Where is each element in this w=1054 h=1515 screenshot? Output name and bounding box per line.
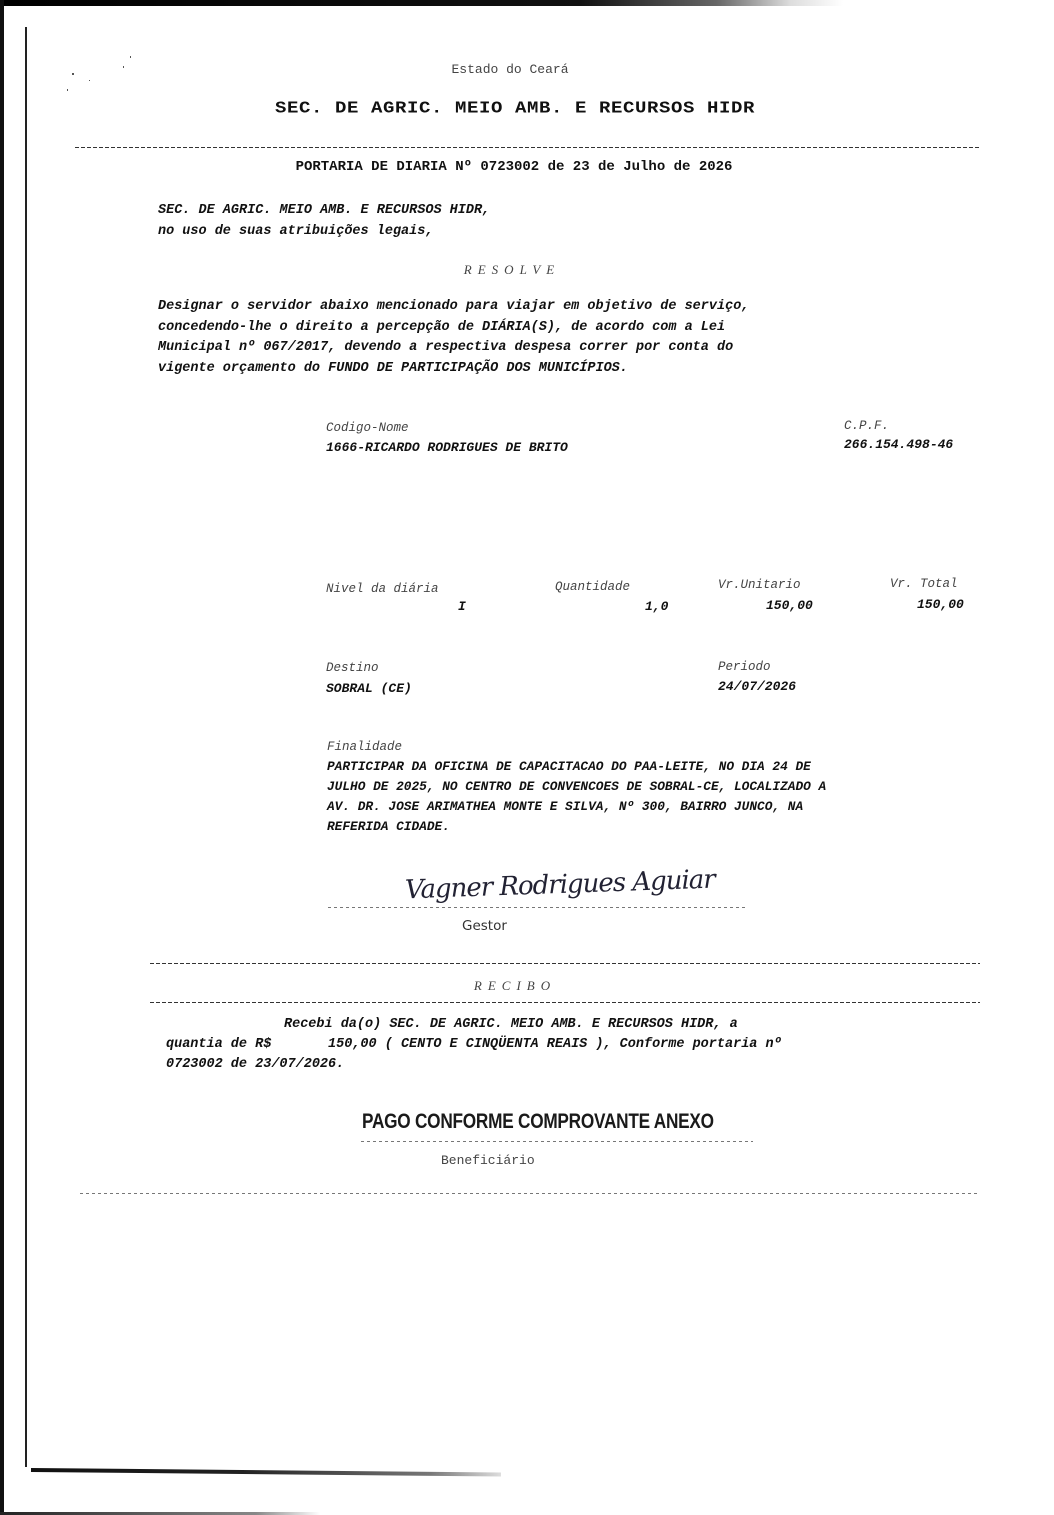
scan-edge-left: [0, 0, 4, 1515]
destino-label: Destino: [326, 661, 379, 675]
periodo-value: 24/07/2026: [718, 679, 796, 694]
resolve-heading: RESOLVE: [0, 262, 1054, 278]
scan-speck: [67, 89, 68, 91]
paragraph-line: concedendo-lhe o direito a percepção de …: [158, 318, 749, 339]
finalidade-line: AV. DR. JOSE ARIMATHEA MONTE E SILVA, Nº…: [327, 797, 826, 817]
vr-total-label: Vr. Total: [890, 577, 958, 591]
paragraph-line: Municipal nº 067/2017, devendo a respect…: [158, 338, 749, 359]
recibo-line: quantia de R$ 150,00 ( CENTO E CINQÜENTA…: [166, 1037, 782, 1052]
periodo-label: Periodo: [718, 660, 771, 674]
margin-line: [25, 27, 27, 1467]
gestor-label: Gestor: [462, 918, 507, 934]
cpf-value: 266.154.498-46: [844, 437, 953, 452]
finalidade-line: JULHO DE 2025, NO CENTRO DE CONVENCOES D…: [327, 777, 826, 797]
authority-line: SEC. DE AGRIC. MEIO AMB. E RECURSOS HIDR…: [158, 203, 490, 218]
signature-line-beneficiario: [361, 1141, 753, 1142]
paragraph-line: vigente orçamento do FUNDO DE PARTICIPAÇ…: [158, 359, 749, 380]
cpf-label: C.P.F.: [844, 419, 889, 433]
signature-line-gestor: [328, 907, 748, 908]
recibo-heading: RECIBO: [0, 978, 1054, 994]
portaria-title: PORTARIA DE DIARIA Nº 0723002 de 23 de J…: [0, 159, 1054, 175]
scan-speck: [130, 56, 131, 58]
finalidade-line: REFERIDA CIDADE.: [327, 817, 826, 837]
quantidade-value: 1,0: [645, 599, 668, 614]
vr-total-value: 150,00: [917, 597, 964, 612]
designation-paragraph: Designar o servidor abaixo mencionado pa…: [158, 297, 749, 379]
paid-stamp: PAGO CONFORME COMPROVANTE ANEXO: [362, 1110, 714, 1134]
state-name: Estado do Ceará: [0, 62, 1054, 77]
finalidade-text: PARTICIPAR DA OFICINA DE CAPACITACAO DO …: [327, 757, 826, 837]
bottom-rule: [31, 1468, 501, 1477]
divider: [80, 1193, 980, 1194]
beneficiario-label: Beneficiário: [441, 1153, 535, 1168]
codigo-nome-value: 1666-RICARDO RODRIGUES DE BRITO: [326, 440, 568, 455]
quantidade-label: Quantidade: [555, 580, 630, 594]
organization-header: SEC. DE AGRIC. MEIO AMB. E RECURSOS HIDR: [0, 99, 1054, 118]
destino-value: SOBRAL (CE): [326, 681, 412, 696]
finalidade-line: PARTICIPAR DA OFICINA DE CAPACITACAO DO …: [327, 757, 826, 777]
divider: [150, 1002, 980, 1003]
vr-unitario-label: Vr.Unitario: [718, 578, 801, 592]
divider: [75, 147, 980, 148]
nivel-label: Nivel da diária: [326, 582, 439, 596]
recibo-line: Recebi da(o) SEC. DE AGRIC. MEIO AMB. E …: [284, 1017, 738, 1032]
gestor-signature: Vagner Rodrigues Aguiar: [405, 865, 716, 906]
nivel-value: I: [458, 599, 466, 614]
paragraph-line: Designar o servidor abaixo mencionado pa…: [158, 297, 749, 318]
vr-unitario-value: 150,00: [766, 598, 813, 613]
authority-clause: no uso de suas atribuições legais,: [158, 224, 433, 239]
scan-speck: [89, 80, 90, 81]
scan-edge-top: [0, 0, 1054, 6]
finalidade-label: Finalidade: [327, 740, 402, 754]
recibo-line: 0723002 de 23/07/2026.: [166, 1057, 344, 1072]
codigo-nome-label: Codigo-Nome: [326, 421, 409, 435]
divider: [150, 963, 980, 964]
